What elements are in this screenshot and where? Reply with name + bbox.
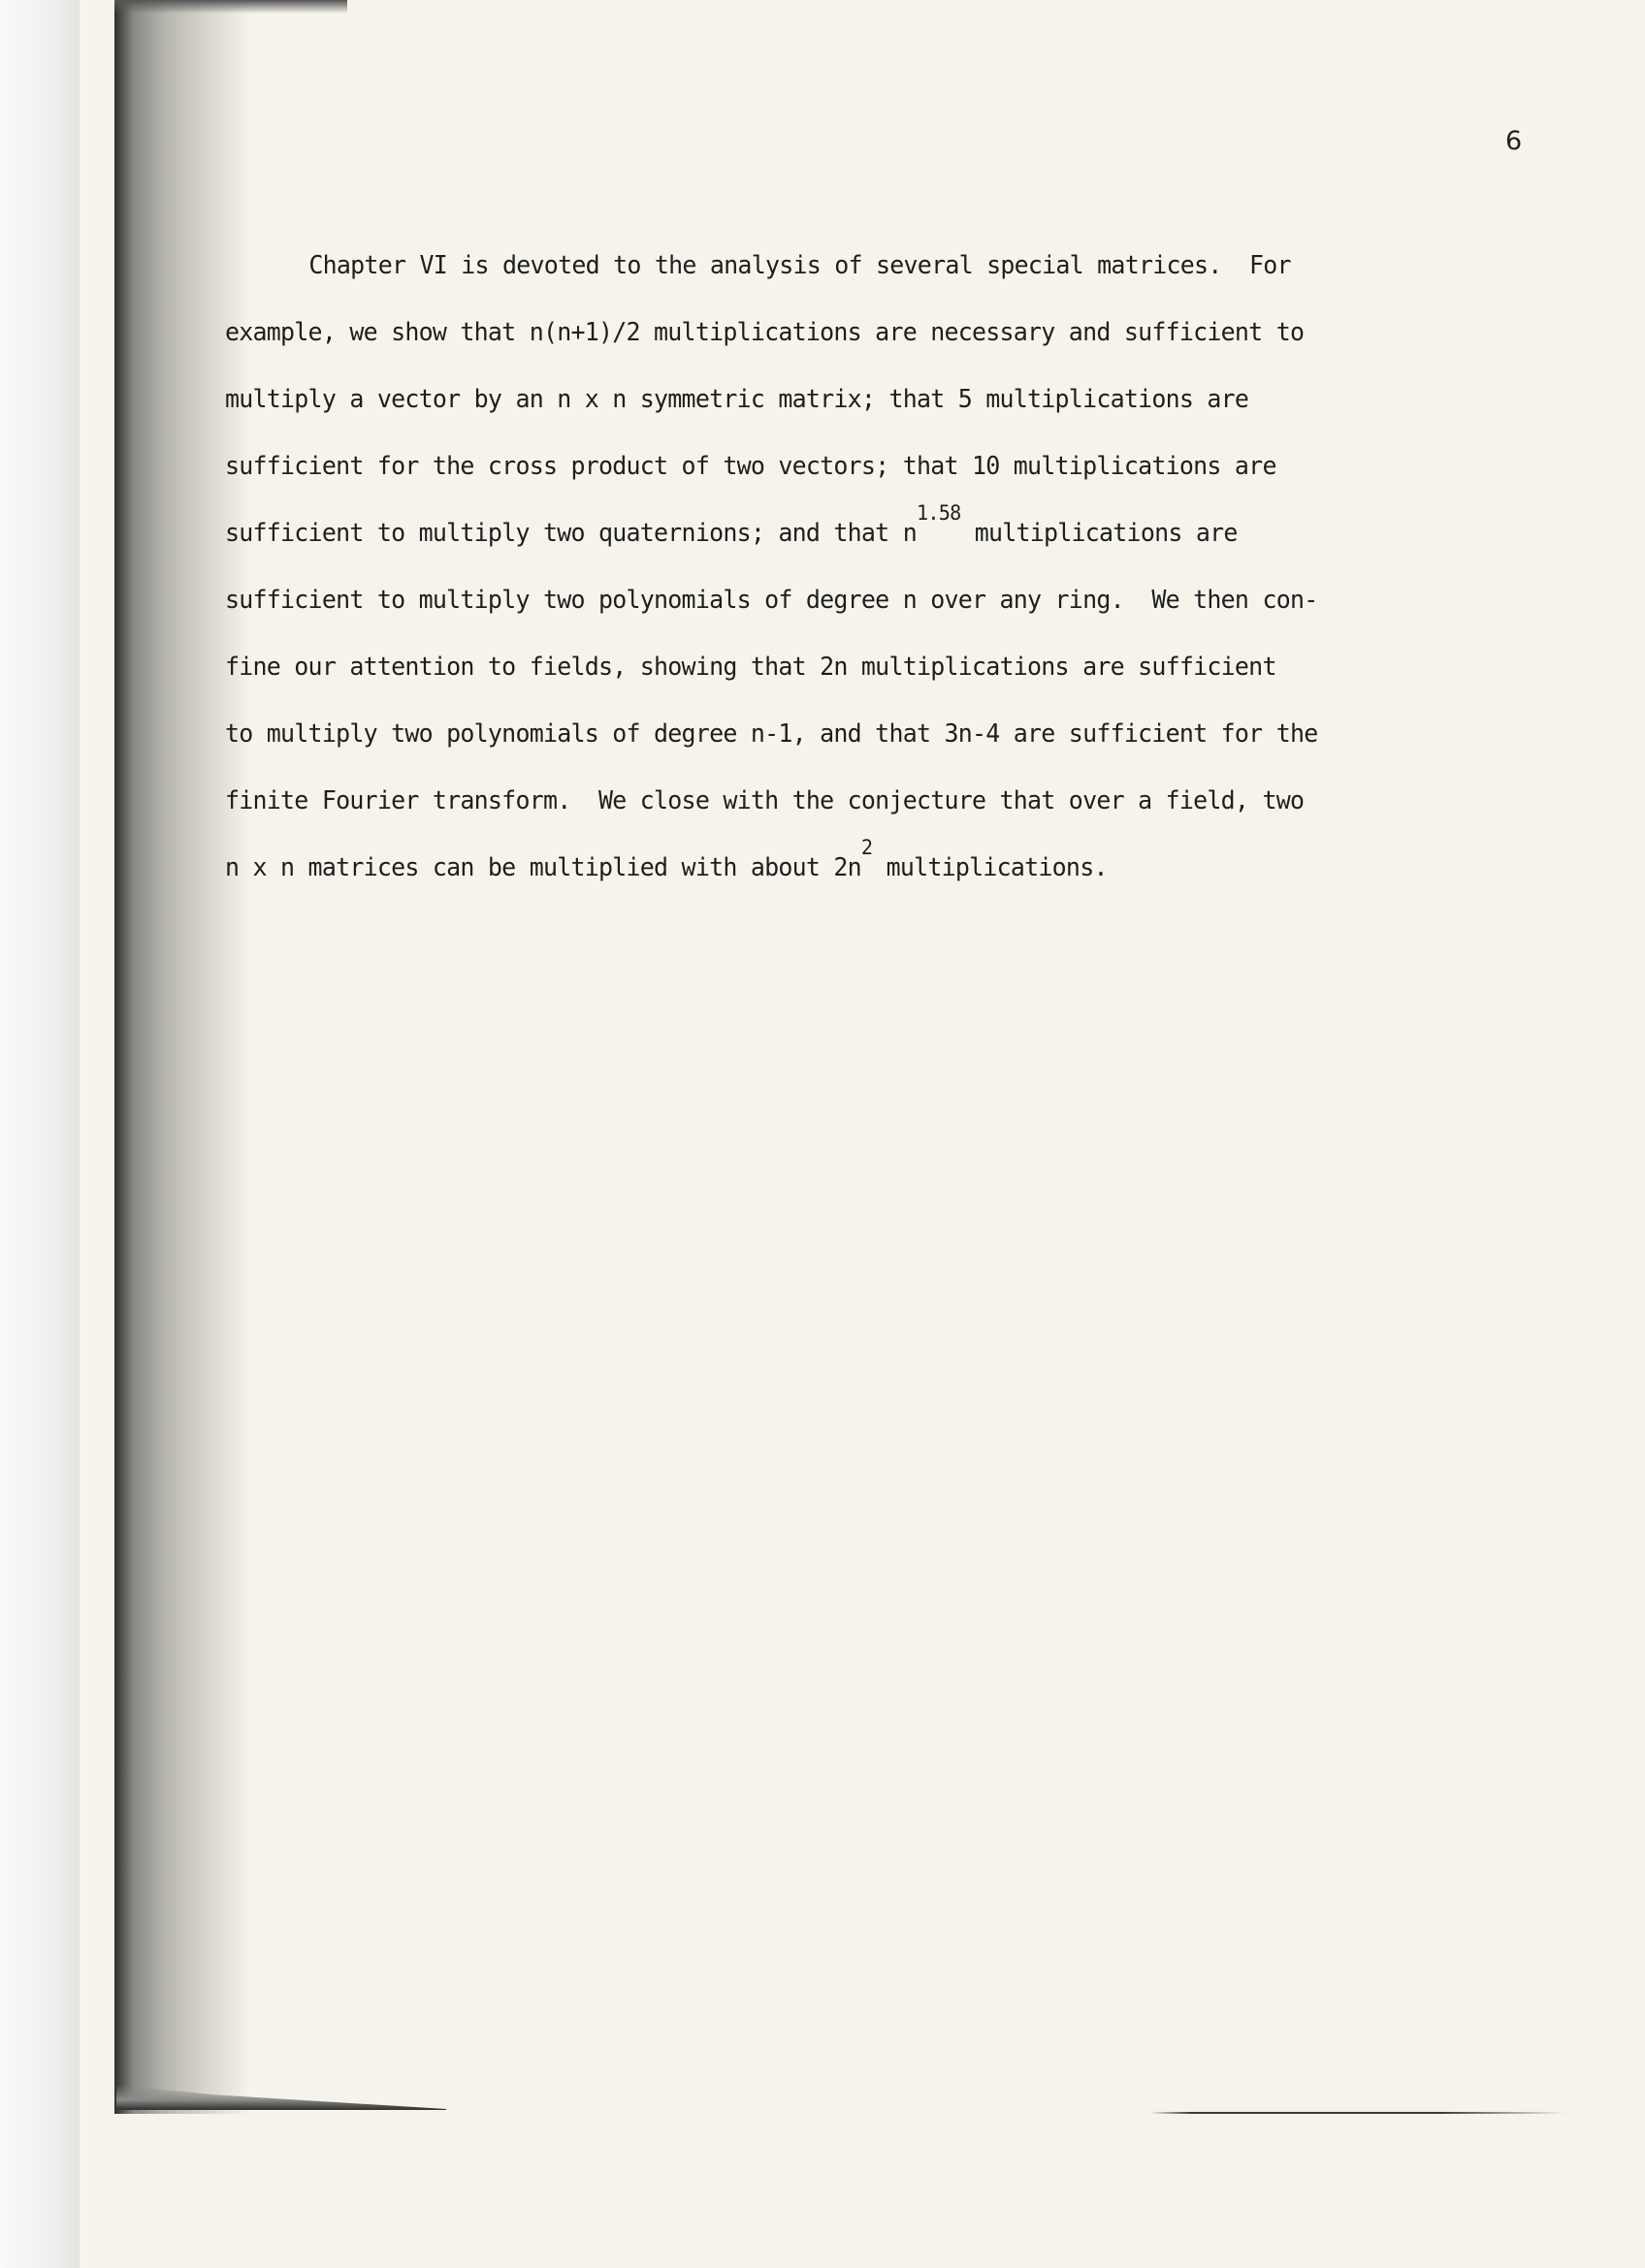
binding-top-edge [114,0,347,14]
text-line: Chapter VI is devoted to the analysis of… [225,233,1464,300]
text-segment: multiplications are [960,519,1237,548]
text-line: finite Fourier transform. We close with … [225,768,1464,835]
exponent: 2 [861,836,872,859]
text-line: n x n matrices can be multiplied with ab… [225,835,1464,902]
text-segment: sufficient to multiply two quaternions; … [225,519,917,548]
text-line: sufficient for the cross product of two … [225,433,1464,500]
bottom-edge-rule [1149,2112,1566,2114]
text-line: to multiply two polynomials of degree n-… [225,701,1464,768]
page-number: 6 [1505,126,1522,156]
text-segment: multiplications. [872,853,1107,882]
text-line: fine our attention to fields, showing th… [225,634,1464,701]
scan-margin [0,0,80,2268]
text-line: sufficient to multiply two quaternions; … [225,500,1464,567]
text-line: multiply a vector by an n x n symmetric … [225,367,1464,433]
exponent: 1.58 [917,501,960,525]
body-paragraph: Chapter VI is devoted to the analysis of… [225,233,1464,902]
text-line: example, we show that n(n+1)/2 multiplic… [225,300,1464,367]
text-segment: n x n matrices can be multiplied with ab… [225,853,861,882]
text-line: sufficient to multiply two polynomials o… [225,567,1464,634]
